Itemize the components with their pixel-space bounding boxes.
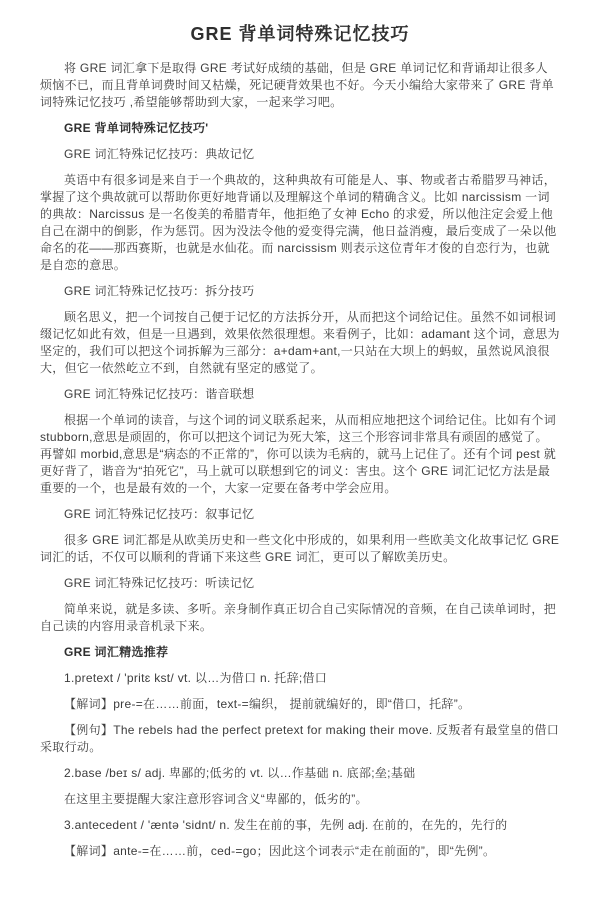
subheading-split-technique: GRE 词汇特殊记忆技巧：拆分技巧 xyxy=(40,283,560,300)
heading-vocab-recommendations: GRE 词汇精选推荐 xyxy=(40,644,560,661)
subheading-narrative-memory: GRE 词汇特殊记忆技巧：叙事记忆 xyxy=(40,506,560,523)
document-page: GRE 背单词特殊记忆技巧 将 GRE 词汇拿下是取得 GRE 考试好成绩的基础… xyxy=(0,0,600,897)
entry-pretext-definition: 1.pretext / 'pritɛ kst/ vt. 以…为借口 n. 托辞;… xyxy=(40,670,560,687)
intro-paragraph: 将 GRE 词汇拿下是取得 GRE 考试好成绩的基础，但是 GRE 单词记忆和背… xyxy=(40,60,560,111)
paragraph-narrative-memory: 很多 GRE 词汇都是从欧美历史和一些文化中形成的，如果利用一些欧美文化故事记忆… xyxy=(40,532,560,566)
document-title: GRE 背单词特殊记忆技巧 xyxy=(40,20,560,46)
subheading-allusion-memory: GRE 词汇特殊记忆技巧：典故记忆 xyxy=(40,146,560,163)
subheading-homophonic-association: GRE 词汇特殊记忆技巧：谐音联想 xyxy=(40,386,560,403)
entry-antecedent-analysis: 【解词】ante-=在……前，ced-=go；因此这个词表示“走在前面的”，即“… xyxy=(40,843,560,860)
heading-special-memory-tips: GRE 背单词特殊记忆技巧' xyxy=(40,120,560,137)
paragraph-allusion-memory: 英语中有很多词是来自于一个典故的，这种典故有可能是人、事、物或者古希腊罗马神话，… xyxy=(40,172,560,274)
entry-pretext-analysis: 【解词】pre-=在……前面，text-=编织， 提前就编好的，即“借口，托辞”… xyxy=(40,696,560,713)
paragraph-homophonic-association: 根据一个单词的读音，与这个词的词义联系起来，从而相应地把这个词给记住。比如有个词… xyxy=(40,412,560,497)
subheading-listen-read-memory: GRE 词汇特殊记忆技巧：听读记忆 xyxy=(40,575,560,592)
paragraph-listen-read-memory: 简单来说，就是多读、多听。亲身制作真正切合自己实际情况的音频，在自己读单词时，把… xyxy=(40,601,560,635)
entry-antecedent-definition: 3.antecedent / 'æntə 'sidnt/ n. 发生在前的事，先… xyxy=(40,817,560,834)
entry-base-definition: 2.base /beɪ s/ adj. 卑鄙的;低劣的 vt. 以…作基础 n.… xyxy=(40,765,560,782)
paragraph-split-technique: 顾名思义，把一个词按自己便于记忆的方法拆分开，从而把这个词给记住。虽然不如词根词… xyxy=(40,309,560,377)
entry-pretext-example: 【例句】The rebels had the perfect pretext f… xyxy=(40,722,560,756)
entry-base-note: 在这里主要提醒大家注意形容词含义“卑鄙的，低劣的”。 xyxy=(40,791,560,808)
